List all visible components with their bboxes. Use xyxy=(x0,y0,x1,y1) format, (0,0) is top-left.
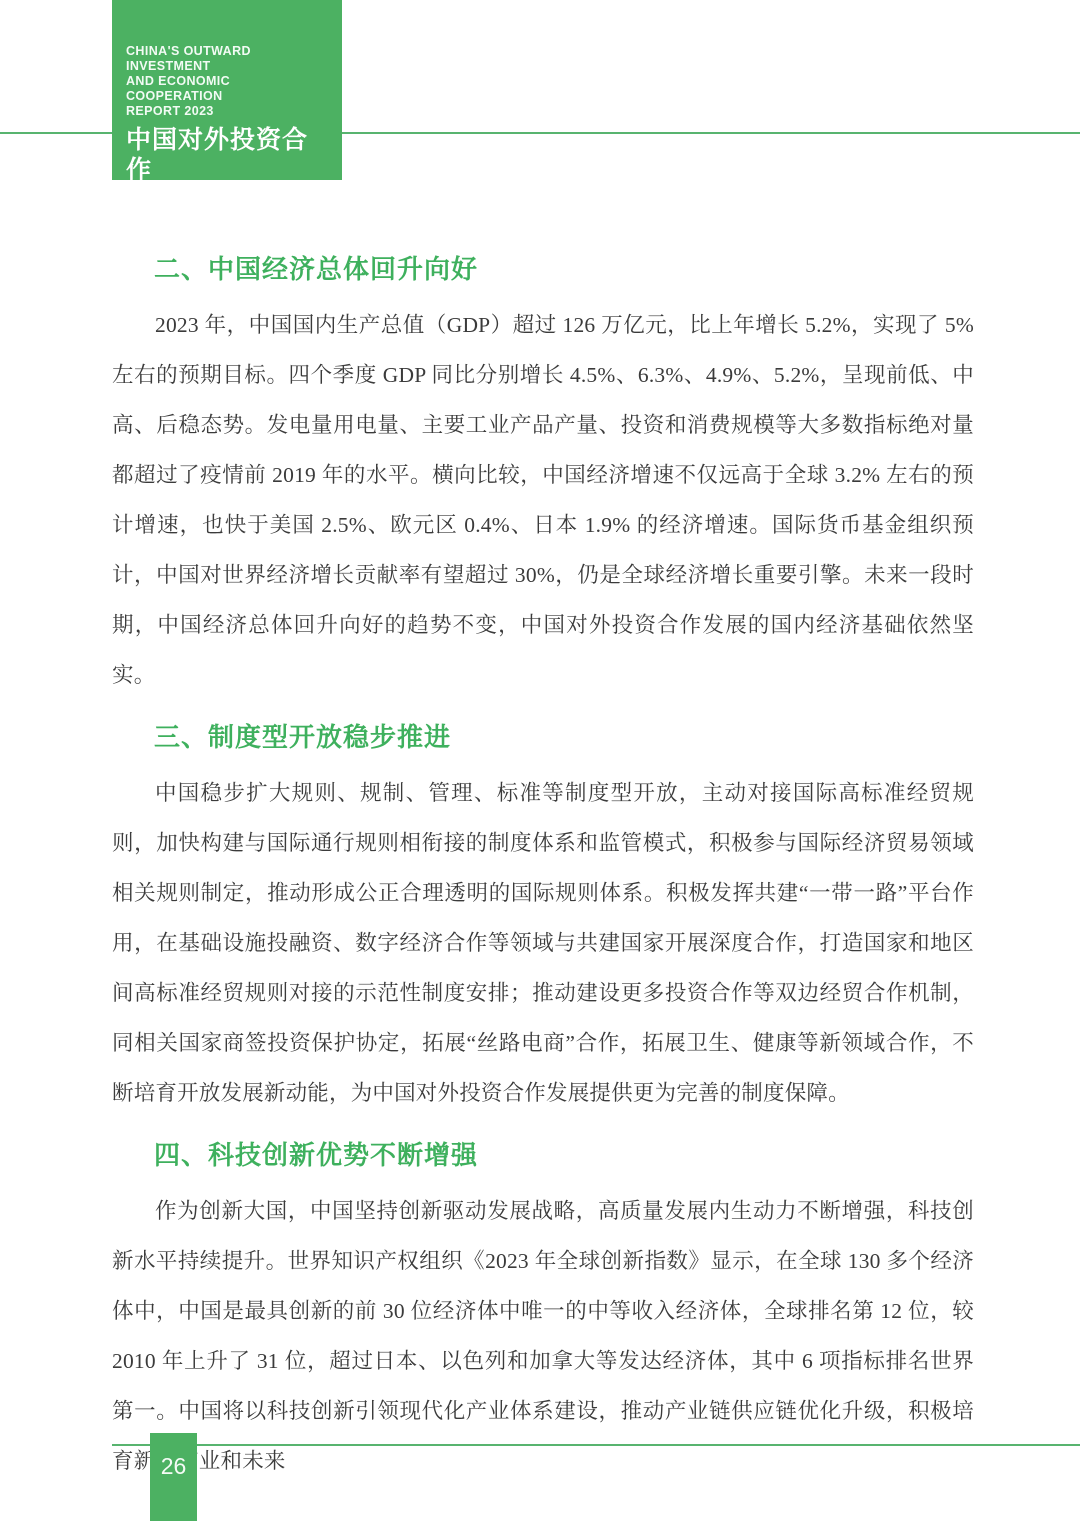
report-year: 2023 xyxy=(126,216,330,248)
report-title-en-line2: AND ECONOMIC COOPERATION xyxy=(126,74,330,104)
report-title-english: CHINA'S OUTWARD INVESTMENT AND ECONOMIC … xyxy=(126,44,330,119)
page-content: 二、中国经济总体回升向好 2023 年，中国国内生产总值（GDP）超过 126 … xyxy=(112,252,974,1506)
report-title-en-line3: REPORT 2023 xyxy=(126,104,330,119)
section-2-paragraph: 2023 年，中国国内生产总值（GDP）超过 126 万亿元，比上年增长 5.2… xyxy=(112,300,974,700)
bottom-green-rule xyxy=(112,1444,1080,1446)
report-title-chinese: 中国对外投资合作 发展报告 xyxy=(126,125,330,215)
page-number-badge: 26 xyxy=(150,1433,197,1521)
section-3-paragraph: 中国稳步扩大规则、规制、管理、标准等制度型开放，主动对接国际高标准经贸规则，加快… xyxy=(112,768,974,1118)
page-number: 26 xyxy=(161,1453,187,1479)
section-4-paragraph: 作为创新大国，中国坚持创新驱动发展战略，高质量发展内生动力不断增强，科技创新水平… xyxy=(112,1186,974,1486)
report-title-cn-line1: 中国对外投资合作 xyxy=(126,125,330,185)
report-title-cn-line2: 发展报告 xyxy=(126,185,330,215)
section-heading-4: 四、科技创新优势不断增强 xyxy=(154,1138,974,1172)
report-header-block: CHINA'S OUTWARD INVESTMENT AND ECONOMIC … xyxy=(112,0,342,180)
section-heading-3: 三、制度型开放稳步推进 xyxy=(154,720,974,754)
section-heading-2: 二、中国经济总体回升向好 xyxy=(154,252,974,286)
report-title-en-line1: CHINA'S OUTWARD INVESTMENT xyxy=(126,44,330,74)
